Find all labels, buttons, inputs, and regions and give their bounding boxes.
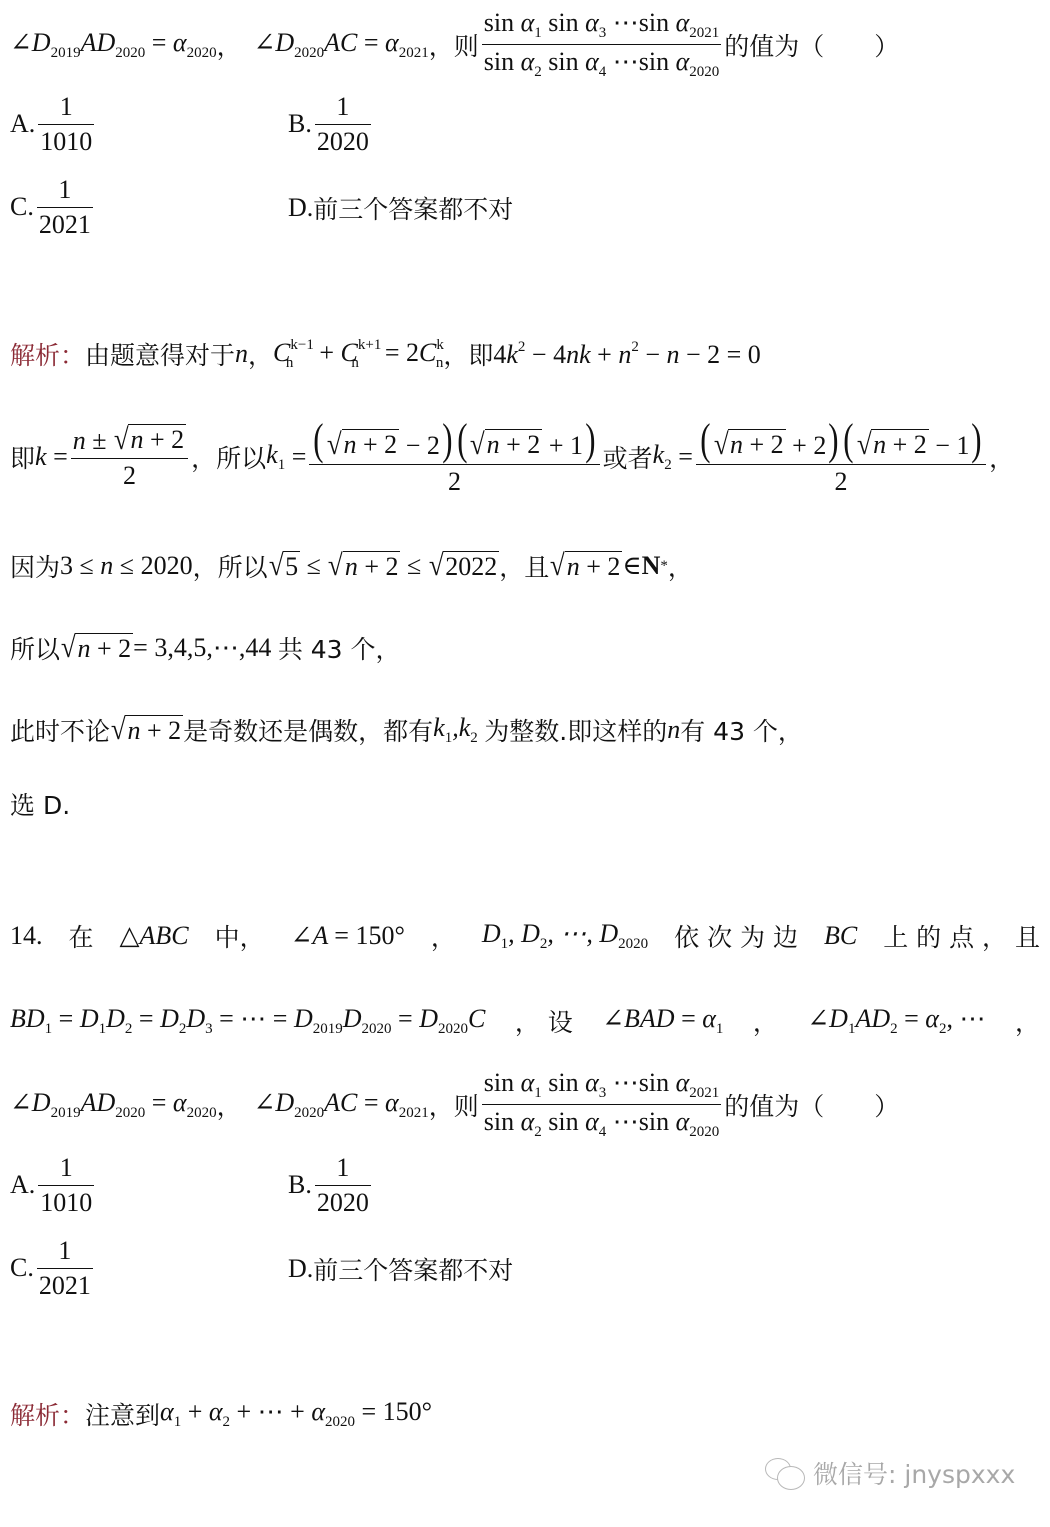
angle-d2019-ad2020: ∠D2019AD2020 = α2020 xyxy=(10,28,217,62)
option-b: B. 12020 xyxy=(288,92,374,157)
angle-a: ∠A = 150° xyxy=(291,921,405,951)
solution13-line2: 即 k = n ± √n + 2 2 ，所以 k1 = (√n + 2 − 2)… xyxy=(10,418,1014,497)
solution13-line5: 此时不论 √n + 2 是奇数还是偶数，都有 k1,k2 为整数.即这样的 n … xyxy=(10,712,803,748)
equal-segments: BD1 = D1D2 = D2D3 = ⋯ = D2019D2020 = D20… xyxy=(10,1004,485,1038)
value-is-text: 的值为（ xyxy=(724,27,824,63)
option-c-q14: C. 12021 xyxy=(10,1236,96,1301)
option-a: A. 11010 xyxy=(10,92,97,157)
angle-d2020-ac: ∠D2020AC = α2021 xyxy=(254,28,429,62)
option-c: C. 12021 xyxy=(10,175,96,240)
alpha-sum: α1 + α2 + ⋯ + α2020 = 150° xyxy=(160,1397,432,1431)
q14-line2: BD1 = D1D2 = D2D3 = ⋯ = D2019D2020 = D20… xyxy=(10,1003,1040,1039)
watermark: 微信号: jnyspxxx xyxy=(765,1455,1015,1491)
then-text: 则 xyxy=(454,27,479,63)
quadratic-equation: 4k2 − 4nk + n2 − n − 2 = 0 xyxy=(493,339,760,370)
k-formula: n ± √n + 2 2 xyxy=(71,424,188,491)
solution13-line1: 解析： 由题意得对于 n ， Ck−1n + Ck+1n = 2Ckn ，即 4… xyxy=(10,336,761,372)
option-b-q14: B. 12020 xyxy=(288,1153,374,1218)
watermark-text: 微信号: jnyspxxx xyxy=(813,1455,1015,1491)
option-a-q14: A. 11010 xyxy=(10,1153,97,1218)
q13-condition-line: ∠D2019AD2020 = α2020 ， ∠D2020AC = α2021 … xyxy=(10,8,899,82)
angle-bad: ∠BAD = α1 xyxy=(602,1004,723,1038)
combination-equation: Ck−1n + Ck+1n = 2Ckn xyxy=(273,337,443,372)
wechat-icon xyxy=(765,1456,805,1490)
solution13-line4: 所以 √n + 2 = 3,4,5,⋯,44 共 43 个， xyxy=(10,630,401,666)
question-number: 14. xyxy=(10,921,43,951)
q14-line3: ∠D2019AD2020 = α2020 ， ∠D2020AC = α2021 … xyxy=(10,1068,899,1142)
option-d: D. 前三个答案都不对 xyxy=(288,190,513,226)
solution13-conclusion: 选 D. xyxy=(10,786,70,822)
angle-d1ad2: ∠D1AD2 = α2, ⋯ xyxy=(807,1004,985,1038)
answer-blank-close: ） xyxy=(874,27,899,63)
solution-heading: 解析： xyxy=(10,336,85,372)
k1-formula: (√n + 2 − 2)(√n + 2 + 1) 2 xyxy=(309,418,599,497)
sin-ratio-fraction: sin α1 sin α3 ⋯sin α2021 sin α2 sin α4 ⋯… xyxy=(482,8,722,82)
comma: ， xyxy=(217,27,242,63)
q14-line1: 14. 在 △ABC 中， ∠A = 150° ， D1, D2, ⋯, D20… xyxy=(10,918,1040,954)
solution13-line3: 因为 3 ≤ n ≤ 2020 ，所以 √5 ≤ √n + 2 ≤ √2022 … xyxy=(10,548,693,584)
k2-formula: (√n + 2 + 2)(√n + 2 − 1) 2 xyxy=(696,418,986,497)
points-list: D1, D2, ⋯, D2020 xyxy=(482,919,648,953)
solution14-line1: 解析： 注意到 α1 + α2 + ⋯ + α2020 = 150° xyxy=(10,1396,432,1432)
option-d-q14: D. 前三个答案都不对 xyxy=(288,1251,513,1287)
comma: ， xyxy=(429,27,454,63)
sin-ratio-fraction: sin α1 sin α3 ⋯sin α2021 sin α2 sin α4 ⋯… xyxy=(482,1068,722,1142)
solution-heading: 解析： xyxy=(10,1396,85,1432)
